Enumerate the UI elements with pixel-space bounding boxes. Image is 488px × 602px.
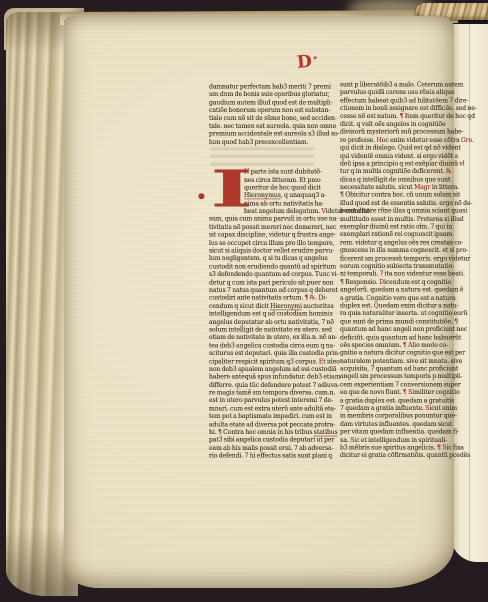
text-line: rio defendi. 7 hi effectus satis sunt pl… [209, 453, 321, 461]
text-line: a gratia duplex est. quedam a gratuitis [340, 397, 446, 405]
text-line: detur q cum ista pari periculo sit puer … [209, 279, 321, 287]
folio-mark: D [296, 51, 317, 73]
text-line: tur q in multis cognitiõe deficerent. ℞ [340, 168, 446, 176]
text-column-left: damnatur perfectam hab3 meriti 7 premium… [209, 83, 321, 460]
text-line: beret dicere rõne illas q omnia sciant q… [340, 207, 446, 215]
text-line: sunt p liberatõib3 a malo. Ceterum autem [340, 81, 446, 89]
text-line: ficerent sm processũ temporis. ergo vide… [340, 255, 446, 263]
text-line: divinorũ mysteriorũ suũ processum habe- [340, 128, 446, 136]
text-line: ra quia naturaliter inserta. ut cognitio… [340, 310, 446, 318]
text-line: quantum ad hanc angeli non proficiunt ne… [340, 326, 446, 334]
text-line: ni temporali. 7 ita non videntur esse be… [340, 271, 446, 279]
text-line: um dnm de bonis suis operibus gloriatur, [209, 91, 321, 99]
text-line: damnatur perfectam hab3 meriti 7 premi [209, 83, 321, 91]
text-line: 7 quedam a gratia influente. Sicut enim [340, 405, 446, 413]
text-line: dicitur ei gratia cõfirmatiõis. quantũ p… [340, 452, 446, 460]
text-line: naturalem potentiam. sive sit innata. si… [340, 357, 446, 365]
drop-cap-dot [198, 193, 204, 199]
text-line: eam ab his malis possit erui. 7 ab adver… [209, 445, 321, 453]
text-line: custodit non erudiendo quantũ ad spiritu… [209, 263, 321, 271]
text-line: gaudium autem illud quod est de multipli… [209, 99, 321, 107]
text-line: qui dicit in dialogo. Quid est qd nõ vid… [340, 144, 446, 152]
text-line: xa. Sic et intelligendum in spirituali- [340, 436, 446, 444]
text-line: natus 7 natus quantum ad corpus q debere… [209, 287, 321, 295]
text-line: tivitatis nõ possit mereri nec demereri,… [209, 223, 321, 231]
text-line: lum negligentem. q si tu dicas q angelus [209, 255, 321, 263]
text-line: non deb3 spualem angelum ad sui custodiã [209, 366, 321, 374]
text-line: necessitate salutis. sicut Magr in litte… [340, 184, 446, 192]
text-line: solum intelligit de nativitate ex utero.… [209, 326, 321, 334]
text-line: tale. nec tamen est aureola. quia non om… [209, 122, 321, 130]
text-line: multitudo esset in multis. Preterea si i… [340, 215, 446, 223]
paragraph-2: I N parte ista sunt dubitatõ-nes circa l… [209, 168, 321, 460]
text-line: b3 mẽbris sue spiritus angelicis. ¶ Sic … [340, 444, 446, 452]
text-line: exemplar diuinũ est ratio oĩm. 7 qui in [340, 223, 446, 231]
text-line: tea deb3 angelica custodia circa eum q n… [209, 342, 321, 350]
drop-cap-initial: I [204, 169, 239, 210]
book-photograph: D damnatur perfectam hab3 meriti 7 premi… [0, 0, 488, 602]
text-line: lus se occupet circa illum pro illo temp… [209, 239, 321, 247]
text-line: dam virtutes influentes. quedam sicut [340, 421, 446, 429]
text-line: gnitio a natura dicitur cognitio que est… [340, 349, 446, 357]
text-line: a gratia. Cognitio vero que est a natura [340, 294, 446, 302]
text-line: intelligendum est q ad custodiam hominis [209, 310, 321, 318]
text-line: que sunt de prima mundi constitutiõe. ¶ [340, 318, 446, 326]
drop-cap-letter: I [211, 167, 253, 210]
text-line: habere antequã spus infundatur. deb3 eti… [209, 374, 321, 382]
text-line: rem. videtur q angelus oẽs res creatas c… [340, 239, 446, 247]
text-line: sit capax discipline, videtur q frustra … [209, 231, 321, 239]
text-line: acquisita, 7 quantum ad hanc proficiunt [340, 365, 446, 373]
text-line: dicas q intelligit de omnibus que sunt [340, 176, 446, 184]
text-line: tiale cum nõ sit de sũmo bono, sed accid… [209, 115, 321, 123]
text-line: etiam de nativitate in utero, ex illa.n.… [209, 334, 321, 342]
text-line: pat3 sibi angelica custodia deputari ut … [209, 437, 321, 445]
text-line: ¶ Obicitur contra hoc. cũ unum solum sit [340, 192, 446, 200]
text-line: tem pot a baptismate impediri. cum est i… [209, 413, 321, 421]
text-line: ¶ Responsio. Dicendum est q cognitio [340, 278, 446, 286]
text-line: deficiũt. quia quantum ad hanc habuerũt [340, 334, 446, 342]
text-line: ea que de novo fiunt. ¶ Similiter cognit… [340, 389, 446, 397]
text-line: angelus deputatur ab ortu nativitatis, 7… [209, 318, 321, 326]
text-line: qui videntẽ omnia vident. si ergo vidẽt … [340, 152, 446, 160]
text-line: gnoscens in illa summa cognoscit. et si … [340, 247, 446, 255]
text-line: cipaliter respicit spiritum q3 corpus. E… [209, 358, 321, 366]
text-line: differre. quia tũc defendere potest 7 ad… [209, 381, 321, 389]
text-line: adulta etate ad diversa pot peccata prot… [209, 421, 321, 429]
text-line: oẽs species omnium. ¶ Alio modo co- [340, 342, 446, 350]
text-line: in membris corporalibus ponuntur que- [340, 413, 446, 421]
text-line: angeli sm processum temporis p multipli- [340, 373, 446, 381]
text-line: re professe. Hoc enim videtur esse cõtra… [340, 136, 446, 144]
text-line: effectum habeat quib3 ad hilitatõem 7 di… [340, 97, 446, 105]
text-line: per vitam quedam influentia. quedam fi- [340, 428, 446, 436]
text-line: illud quod est de essentia salutis. ergo… [340, 199, 446, 207]
text-line: cesse nõ est natum. ¶ Item queritur de h… [340, 113, 446, 121]
text-line: parvulus quidã carens usu rõnis alique [340, 89, 446, 97]
text-line: catiõe bonorum operum non est substan- [209, 107, 321, 115]
text-column-right: sunt p liberatõib3 a malo. Ceterum autem… [340, 81, 446, 460]
text-line: est in utero parvulus potest interemi 7 … [209, 397, 321, 405]
folio-flourish [313, 57, 316, 60]
text-line: premium accidentale est aureola s3 illud… [209, 130, 321, 138]
text-line: re magis tamẽ sm tempora diversa. cum.n. [209, 389, 321, 397]
text-line: cendum q sicut dicit Hieronymi auctorita… [209, 302, 321, 310]
text-line: sicut si aliquis doctor vellet erudire p… [209, 247, 321, 255]
text-line: sciturus est deputari. quia illa custodi… [209, 350, 321, 358]
text-line: custodiri ante nativitatis ortum. ¶ ℞. D… [209, 295, 321, 303]
text-line: exemplari rationẽ rei cognoscit ipsam [340, 231, 446, 239]
text-line: hi. ¶ Contra hec omnia in his tribus sta… [209, 429, 321, 437]
text-line: duplex est. Quedam enim dicitur a natu- [340, 302, 446, 310]
text-line: s3 defendendo quantum ad corpus. Tunc vi… [209, 271, 321, 279]
text-line: lum quod hab3 precexcellentiam. [209, 138, 321, 146]
text-line: mnari. cum est extra uterũ ante adultã e… [209, 405, 321, 413]
text-line: cem experientiam 7 conversionem super [340, 381, 446, 389]
text-line: eorum cognitio subiecta transmutatio- [340, 263, 446, 271]
text-line: dicit. q vult oẽs angelos in cognitiõe [340, 120, 446, 128]
text-line: ctionem in bonũ assignare est difficile.… [340, 105, 446, 113]
paragraph-1: damnatur perfectam hab3 meriti 7 premium… [209, 83, 321, 146]
text-line: deũ ipsa a principio q est exẽplar diuin… [340, 160, 446, 168]
text-line: angelorũ. quedam a natura est. quedam ẽ [340, 286, 446, 294]
folio-letter: D [296, 52, 312, 73]
